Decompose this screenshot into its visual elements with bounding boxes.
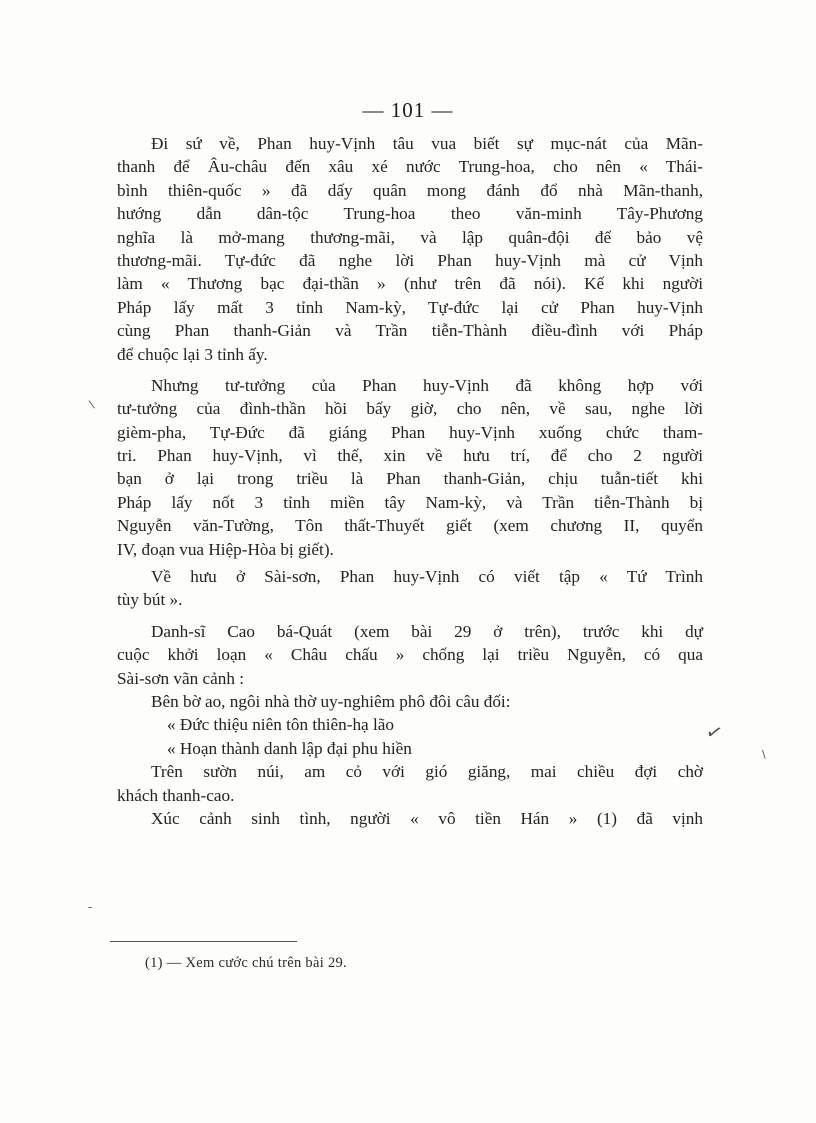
scanned-book-page: — 101 — Đi sứ về, Phan huy-Vịnh tâu vua … xyxy=(0,0,816,1123)
paragraph-gap xyxy=(117,612,703,620)
couplet-line: « Hoạn thành danh lập đại phu hiền xyxy=(117,737,703,760)
footnote: (1) — Xem cước chú trên bài 29. xyxy=(145,955,347,972)
text-line: bạn ở lại trong triều là Phan thanh-Giản… xyxy=(117,467,703,490)
body-text: Đi sứ về, Phan huy-Vịnh tâu vua biết sự … xyxy=(117,132,703,830)
text-line: cùng Phan thanh-Giản và Trần tiễn-Thành … xyxy=(117,319,703,342)
text-line: cuộc khởi loạn « Châu chấu » chống lại t… xyxy=(117,643,703,666)
margin-dash-mark: - xyxy=(88,900,92,914)
text-line: Xúc cảnh sinh tình, người « vô tiền Hán … xyxy=(117,807,703,830)
margin-tick-mark: \ xyxy=(762,748,766,761)
text-line: Trên sườn núi, am cỏ với gió giăng, mai … xyxy=(117,760,703,783)
text-line: Nhưng tư-tưởng của Phan huy-Vịnh đã khôn… xyxy=(117,374,703,397)
text-line: nghĩa là mở-mang thương-mãi, và lập quân… xyxy=(117,226,703,249)
text-line: Sài-sơn vãn cảnh : xyxy=(117,667,703,690)
text-line: thanh để Âu-châu đến xâu xé nước Trung-h… xyxy=(117,155,703,178)
margin-checkmark: ✓ xyxy=(703,718,725,746)
page-number: — 101 — xyxy=(0,98,816,123)
text-line: gièm-pha, Tự-Đức đã giáng Phan huy-Vịnh … xyxy=(117,421,703,444)
text-line: Đi sứ về, Phan huy-Vịnh tâu vua biết sự … xyxy=(117,132,703,155)
margin-tick-mark: \ xyxy=(88,398,96,411)
text-line: khách thanh-cao. xyxy=(117,784,703,807)
couplet-line: « Đức thiệu niên tôn thiên-hạ lão xyxy=(117,713,703,736)
text-line: Về hưu ở Sài-sơn, Phan huy-Vịnh có viết … xyxy=(117,565,703,588)
text-line: tri. Phan huy-Vịnh, vì thế, xin về hưu t… xyxy=(117,444,703,467)
paragraph-gap xyxy=(117,366,703,374)
text-line: tùy bút ». xyxy=(117,588,703,611)
text-line: tư-tưởng của đình-thần hồi bấy giờ, cho … xyxy=(117,397,703,420)
footnote-divider xyxy=(110,941,297,942)
text-line: để chuộc lại 3 tỉnh ấy. xyxy=(117,343,703,366)
text-line: Pháp lấy nốt 3 tỉnh miền tây Nam-kỳ, và … xyxy=(117,491,703,514)
text-line: thương-mãi. Tự-đức đã nghe lời Phan huy-… xyxy=(117,249,703,272)
text-line: Danh-sĩ Cao bá-Quát (xem bài 29 ở trên),… xyxy=(117,620,703,643)
text-line: bình thiên-quốc » đã dấy quân mong đánh … xyxy=(117,179,703,202)
text-line: hướng dẫn dân-tộc Trung-hoa theo văn-min… xyxy=(117,202,703,225)
text-line: Bên bờ ao, ngôi nhà thờ uy-nghiêm phô đô… xyxy=(117,690,703,713)
text-line: IV, đoạn vua Hiệp-Hòa bị giết). xyxy=(117,538,703,561)
text-line: Pháp lấy mất 3 tỉnh Nam-kỳ, Tự-đức lại c… xyxy=(117,296,703,319)
text-line: làm « Thương bạc đại-thần » (như trên đã… xyxy=(117,272,703,295)
text-line: Nguyễn văn-Tường, Tôn thất-Thuyết giết (… xyxy=(117,514,703,537)
